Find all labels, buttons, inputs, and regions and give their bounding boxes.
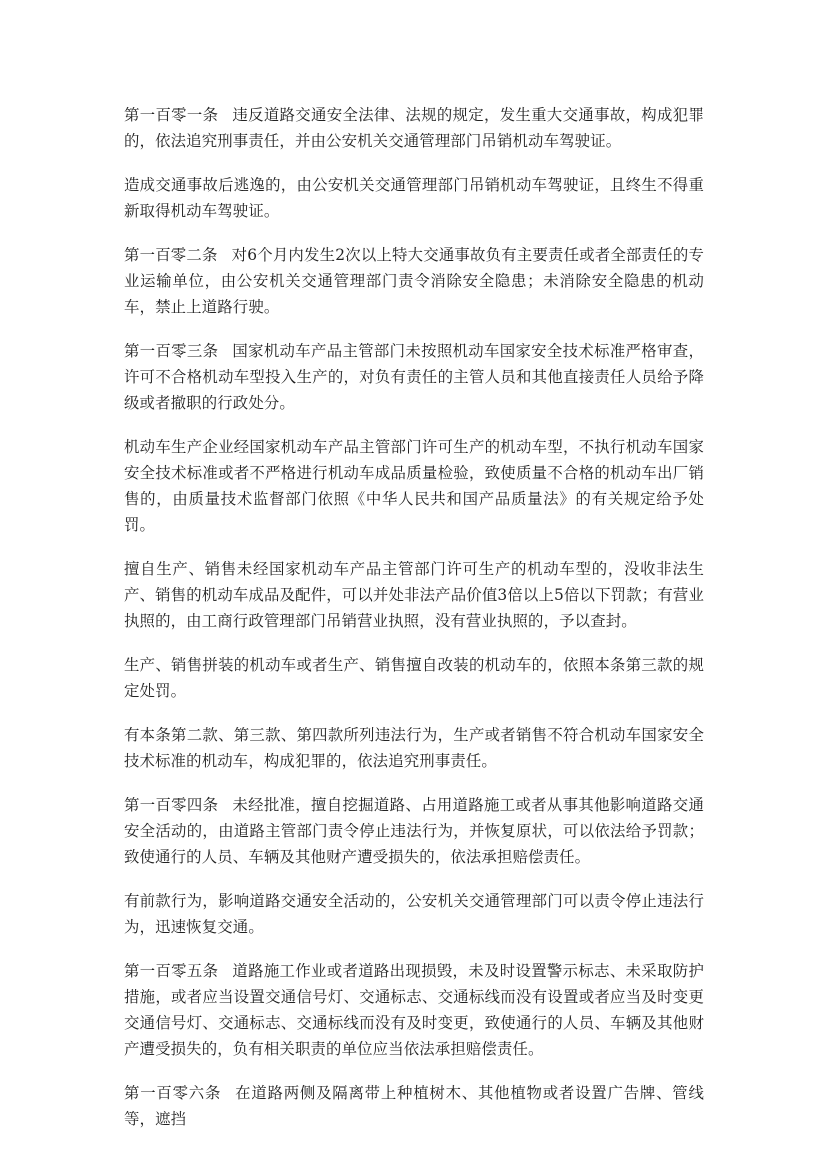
paragraph-text: 机动车生产企业经国家机动车产品主管部门许可生产的机动车型，不执行机动车国家安全技… <box>124 438 704 534</box>
article-number: 第一百零二条 <box>124 246 218 264</box>
paragraph-text: 有前款行为，影响道路交通安全活动的，公安机关交通管理部门可以责令停止违法行为，迅… <box>124 892 704 936</box>
article-number: 第一百零六条 <box>124 1084 221 1102</box>
paragraph-article-101: 第一百零一条违反道路交通安全法律、法规的规定，发生重大交通事故，构成犯罪的，依法… <box>124 102 704 154</box>
paragraph-text: 造成交通事故后逃逸的，由公安机关交通管理部门吊销机动车驾驶证，且终生不得重新取得… <box>124 176 704 220</box>
paragraph-103-clause-4: 生产、销售拼装的机动车或者生产、销售擅自改装的机动车的，依照本条第三款的规定处罚… <box>124 652 704 704</box>
paragraph-article-102: 第一百零二条对6个月内发生2次以上特大交通事故负有主要责任或者全部责任的专业运输… <box>124 242 704 320</box>
paragraph-article-106: 第一百零六条在道路两侧及隔离带上种植树木、其他植物或者设置广告牌、管线等，遮挡 <box>124 1080 704 1132</box>
document-page: 第一百零一条违反道路交通安全法律、法规的规定，发生重大交通事故，构成犯罪的，依法… <box>124 102 704 1150</box>
article-number: 第一百零四条 <box>124 796 218 814</box>
paragraph-104-clause-2: 有前款行为，影响道路交通安全活动的，公安机关交通管理部门可以责令停止违法行为，迅… <box>124 888 704 940</box>
paragraph-article-104: 第一百零四条未经批准，擅自挖掘道路、占用道路施工或者从事其他影响道路交通安全活动… <box>124 792 704 870</box>
article-number: 第一百零一条 <box>124 106 218 124</box>
paragraph-text: 擅自生产、销售未经国家机动车产品主管部门许可生产的机动车型的，没收非法生产、销售… <box>124 560 704 630</box>
paragraph-article-105: 第一百零五条道路施工作业或者道路出现损毁，未及时设置警示标志、未采取防护措施，或… <box>124 958 704 1062</box>
paragraph-article-103: 第一百零三条国家机动车产品主管部门未按照机动车国家安全技术标准严格审查，许可不合… <box>124 338 704 416</box>
paragraph-text: 有本条第二款、第三款、第四款所列违法行为，生产或者销售不符合机动车国家安全技术标… <box>124 726 704 770</box>
paragraph-text: 生产、销售拼装的机动车或者生产、销售擅自改装的机动车的，依照本条第三款的规定处罚… <box>124 656 704 700</box>
paragraph-101-clause-2: 造成交通事故后逃逸的，由公安机关交通管理部门吊销机动车驾驶证，且终生不得重新取得… <box>124 172 704 224</box>
article-number: 第一百零五条 <box>124 962 218 980</box>
paragraph-103-clause-3: 擅自生产、销售未经国家机动车产品主管部门许可生产的机动车型的，没收非法生产、销售… <box>124 556 704 634</box>
paragraph-103-clause-2: 机动车生产企业经国家机动车产品主管部门许可生产的机动车型，不执行机动车国家安全技… <box>124 434 704 538</box>
paragraph-103-clause-5: 有本条第二款、第三款、第四款所列违法行为，生产或者销售不符合机动车国家安全技术标… <box>124 722 704 774</box>
article-number: 第一百零三条 <box>124 342 218 360</box>
